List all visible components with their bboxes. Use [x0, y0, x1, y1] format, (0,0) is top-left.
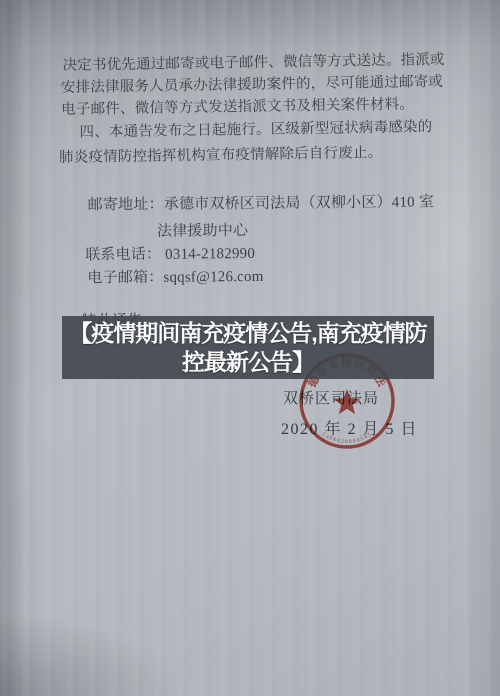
- caption-line-1: 【疫情期间南充疫情公告,南充疫情防: [69, 319, 426, 348]
- seal-star-icon: [334, 389, 361, 414]
- caption-banner: 【疫情期间南充疫情公告,南充疫情防 控最新公告】: [62, 316, 434, 379]
- caption-line-2: 控最新公告】: [182, 348, 314, 377]
- document-photo: 决定书优先通过邮寄或电子邮件、微信等方式送达。指派或 安排法律服务人员承办法律援…: [0, 0, 500, 696]
